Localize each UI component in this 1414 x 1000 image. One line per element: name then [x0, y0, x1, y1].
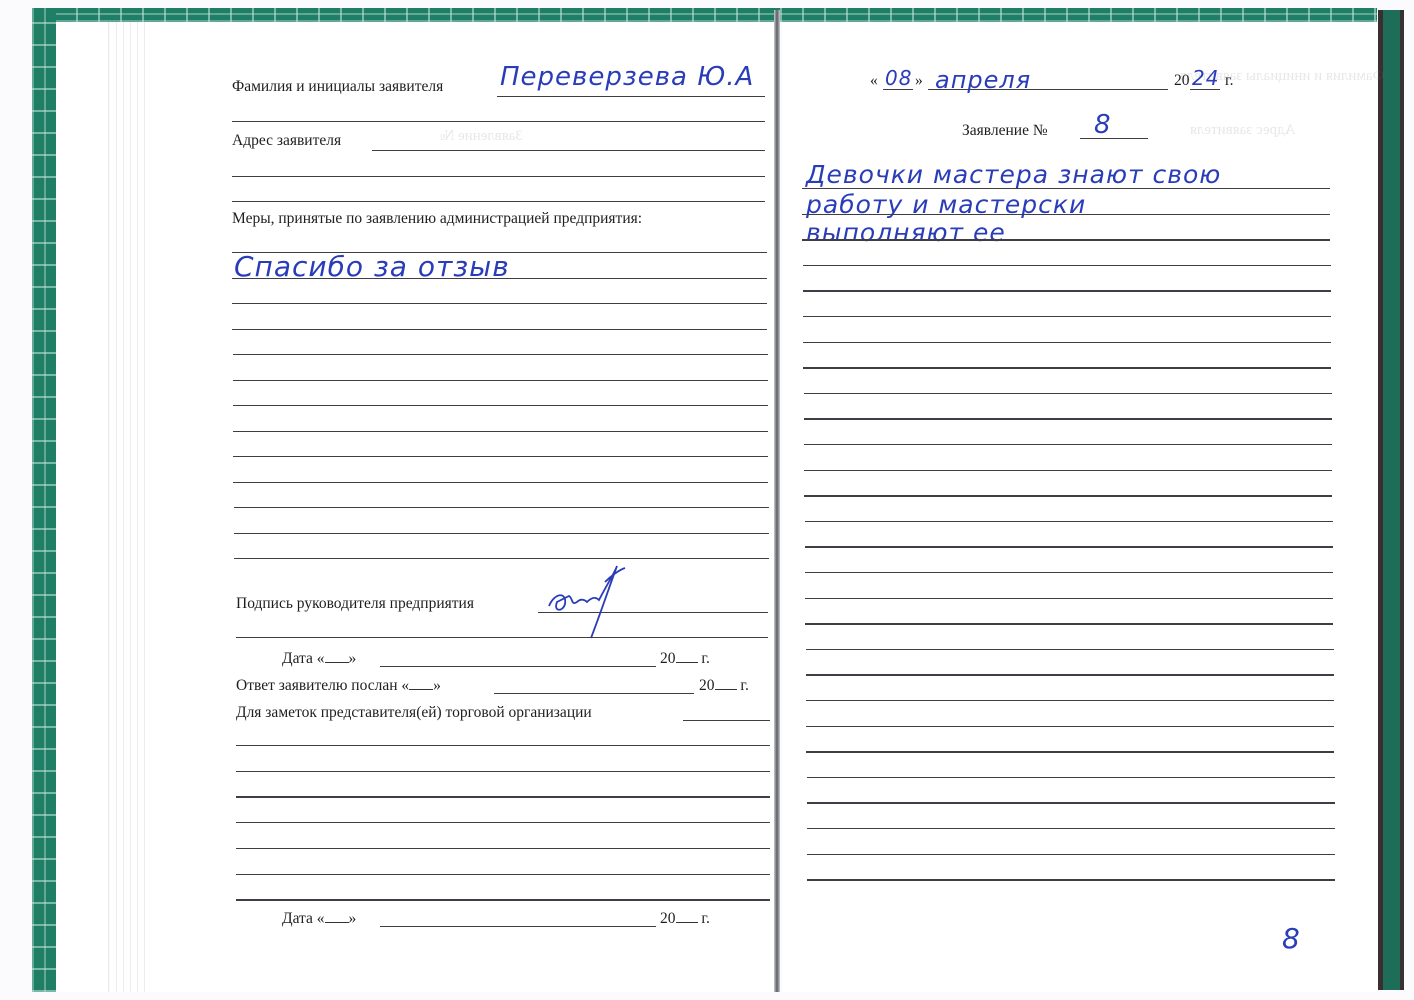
- ruled-line: [232, 252, 767, 253]
- notes-line: [683, 720, 770, 721]
- ruled-line: [806, 726, 1334, 727]
- ruled-line: [233, 456, 768, 457]
- ruled-line: [805, 546, 1333, 547]
- notes-label: Для заметок представителя(ей) торговой о…: [236, 704, 592, 722]
- ruled-line: [804, 495, 1332, 496]
- date-open-quote: «: [870, 72, 878, 90]
- date-year-line: [1190, 89, 1220, 90]
- ruled-line: [233, 354, 768, 355]
- ruled-line: [806, 751, 1334, 752]
- ruled-line: [806, 649, 1334, 650]
- ruled-line: [806, 674, 1334, 675]
- ruled-line: [807, 777, 1335, 778]
- book-cover-right: [1378, 10, 1404, 990]
- ruled-line: [804, 418, 1332, 419]
- statement-text-line-1: Девочки мастера знают свою: [806, 160, 1221, 189]
- ruled-line: [233, 405, 768, 406]
- ruled-line: [234, 558, 769, 559]
- ruled-line: [236, 899, 770, 900]
- ruled-line: [234, 533, 769, 534]
- manager-signature-label: Подпись руководителя предприятия: [236, 595, 474, 613]
- date-close-quote: »: [915, 72, 923, 90]
- date-line: Дата «»: [282, 650, 356, 668]
- ruled-line: [803, 316, 1331, 317]
- book-cover-left: [32, 8, 56, 992]
- date-year-end: г.: [1225, 72, 1233, 90]
- ruled-line: [233, 482, 768, 483]
- ruled-line: [803, 342, 1331, 343]
- ruled-line: [807, 828, 1335, 829]
- statement-number-label: Заявление №: [962, 122, 1048, 140]
- ruled-line: [233, 431, 768, 432]
- ruled-line: [236, 745, 770, 746]
- date-year-handwritten: 24: [1192, 66, 1219, 90]
- bottom-date-line: Дата «»: [282, 910, 356, 928]
- ruled-line: [806, 700, 1334, 701]
- bottom-date-year: 20 г.: [660, 910, 710, 928]
- ruled-line: [236, 771, 770, 772]
- ruled-line: [807, 802, 1335, 803]
- ruled-line: [802, 214, 1330, 215]
- statement-number-handwritten: 8: [1094, 110, 1112, 140]
- ruled-line: [803, 367, 1331, 368]
- measures-label: Меры, принятые по заявлению администраци…: [232, 210, 642, 228]
- book-cover-top: [32, 8, 1377, 22]
- ruled-line: [233, 380, 768, 381]
- ruled-line: [804, 470, 1332, 471]
- applicant-name-handwritten: Переверзева Ю.А: [500, 62, 754, 92]
- ruled-line: [802, 239, 1330, 240]
- ruled-line: [232, 278, 767, 279]
- ruled-line: [232, 121, 765, 122]
- cover-flap: [56, 22, 109, 992]
- ruled-line: [236, 848, 770, 849]
- ruled-line: [804, 444, 1332, 445]
- ruled-line: [807, 854, 1335, 855]
- ruled-line: [805, 521, 1333, 522]
- ruled-line: [807, 879, 1335, 880]
- ruled-line: [803, 290, 1331, 291]
- reply-sent-line: Ответ заявителю послан «»: [236, 677, 441, 695]
- ruled-line: [232, 201, 765, 202]
- date-day-handwritten: 08: [885, 66, 912, 90]
- bottom-date-month-line: [380, 926, 656, 927]
- ruled-line: [236, 796, 770, 797]
- statement-number-line: [1080, 138, 1148, 139]
- ruled-line: [236, 822, 770, 823]
- ruled-line: [805, 598, 1333, 599]
- manager-signature: [545, 562, 635, 642]
- bleed-through-text: Заявление №: [440, 128, 523, 145]
- applicant-address-line: [372, 150, 765, 151]
- date-year: 20 г.: [660, 650, 710, 668]
- ruled-line: [232, 176, 765, 177]
- ruled-line: [236, 874, 770, 875]
- applicant-name-line: [497, 96, 765, 97]
- page-stack-edge: [110, 22, 150, 992]
- date-month-handwritten: апреля: [935, 66, 1031, 94]
- date-year-prefix: 20: [1174, 72, 1190, 90]
- date-month-line: [380, 666, 656, 667]
- ruled-line: [232, 303, 767, 304]
- applicant-name-label: Фамилия и инициалы заявителя: [232, 78, 443, 96]
- book-spine: [774, 10, 780, 992]
- reply-month-line: [494, 693, 694, 694]
- bleed-through-text: Адрес заявителя: [1190, 122, 1296, 139]
- page-number-handwritten: 8: [1282, 922, 1300, 955]
- ruled-line: [804, 393, 1332, 394]
- applicant-address-label: Адрес заявителя: [232, 132, 341, 150]
- ruled-line: [236, 637, 768, 638]
- ruled-line: [802, 188, 1330, 189]
- ruled-line: [232, 329, 767, 330]
- reply-year: 20 г.: [699, 677, 749, 695]
- ruled-line: [234, 507, 769, 508]
- statement-text-line-3: выполняют ее: [806, 218, 1006, 247]
- ruled-line: [805, 572, 1333, 573]
- ruled-line: [803, 265, 1331, 266]
- ruled-line: [805, 623, 1333, 624]
